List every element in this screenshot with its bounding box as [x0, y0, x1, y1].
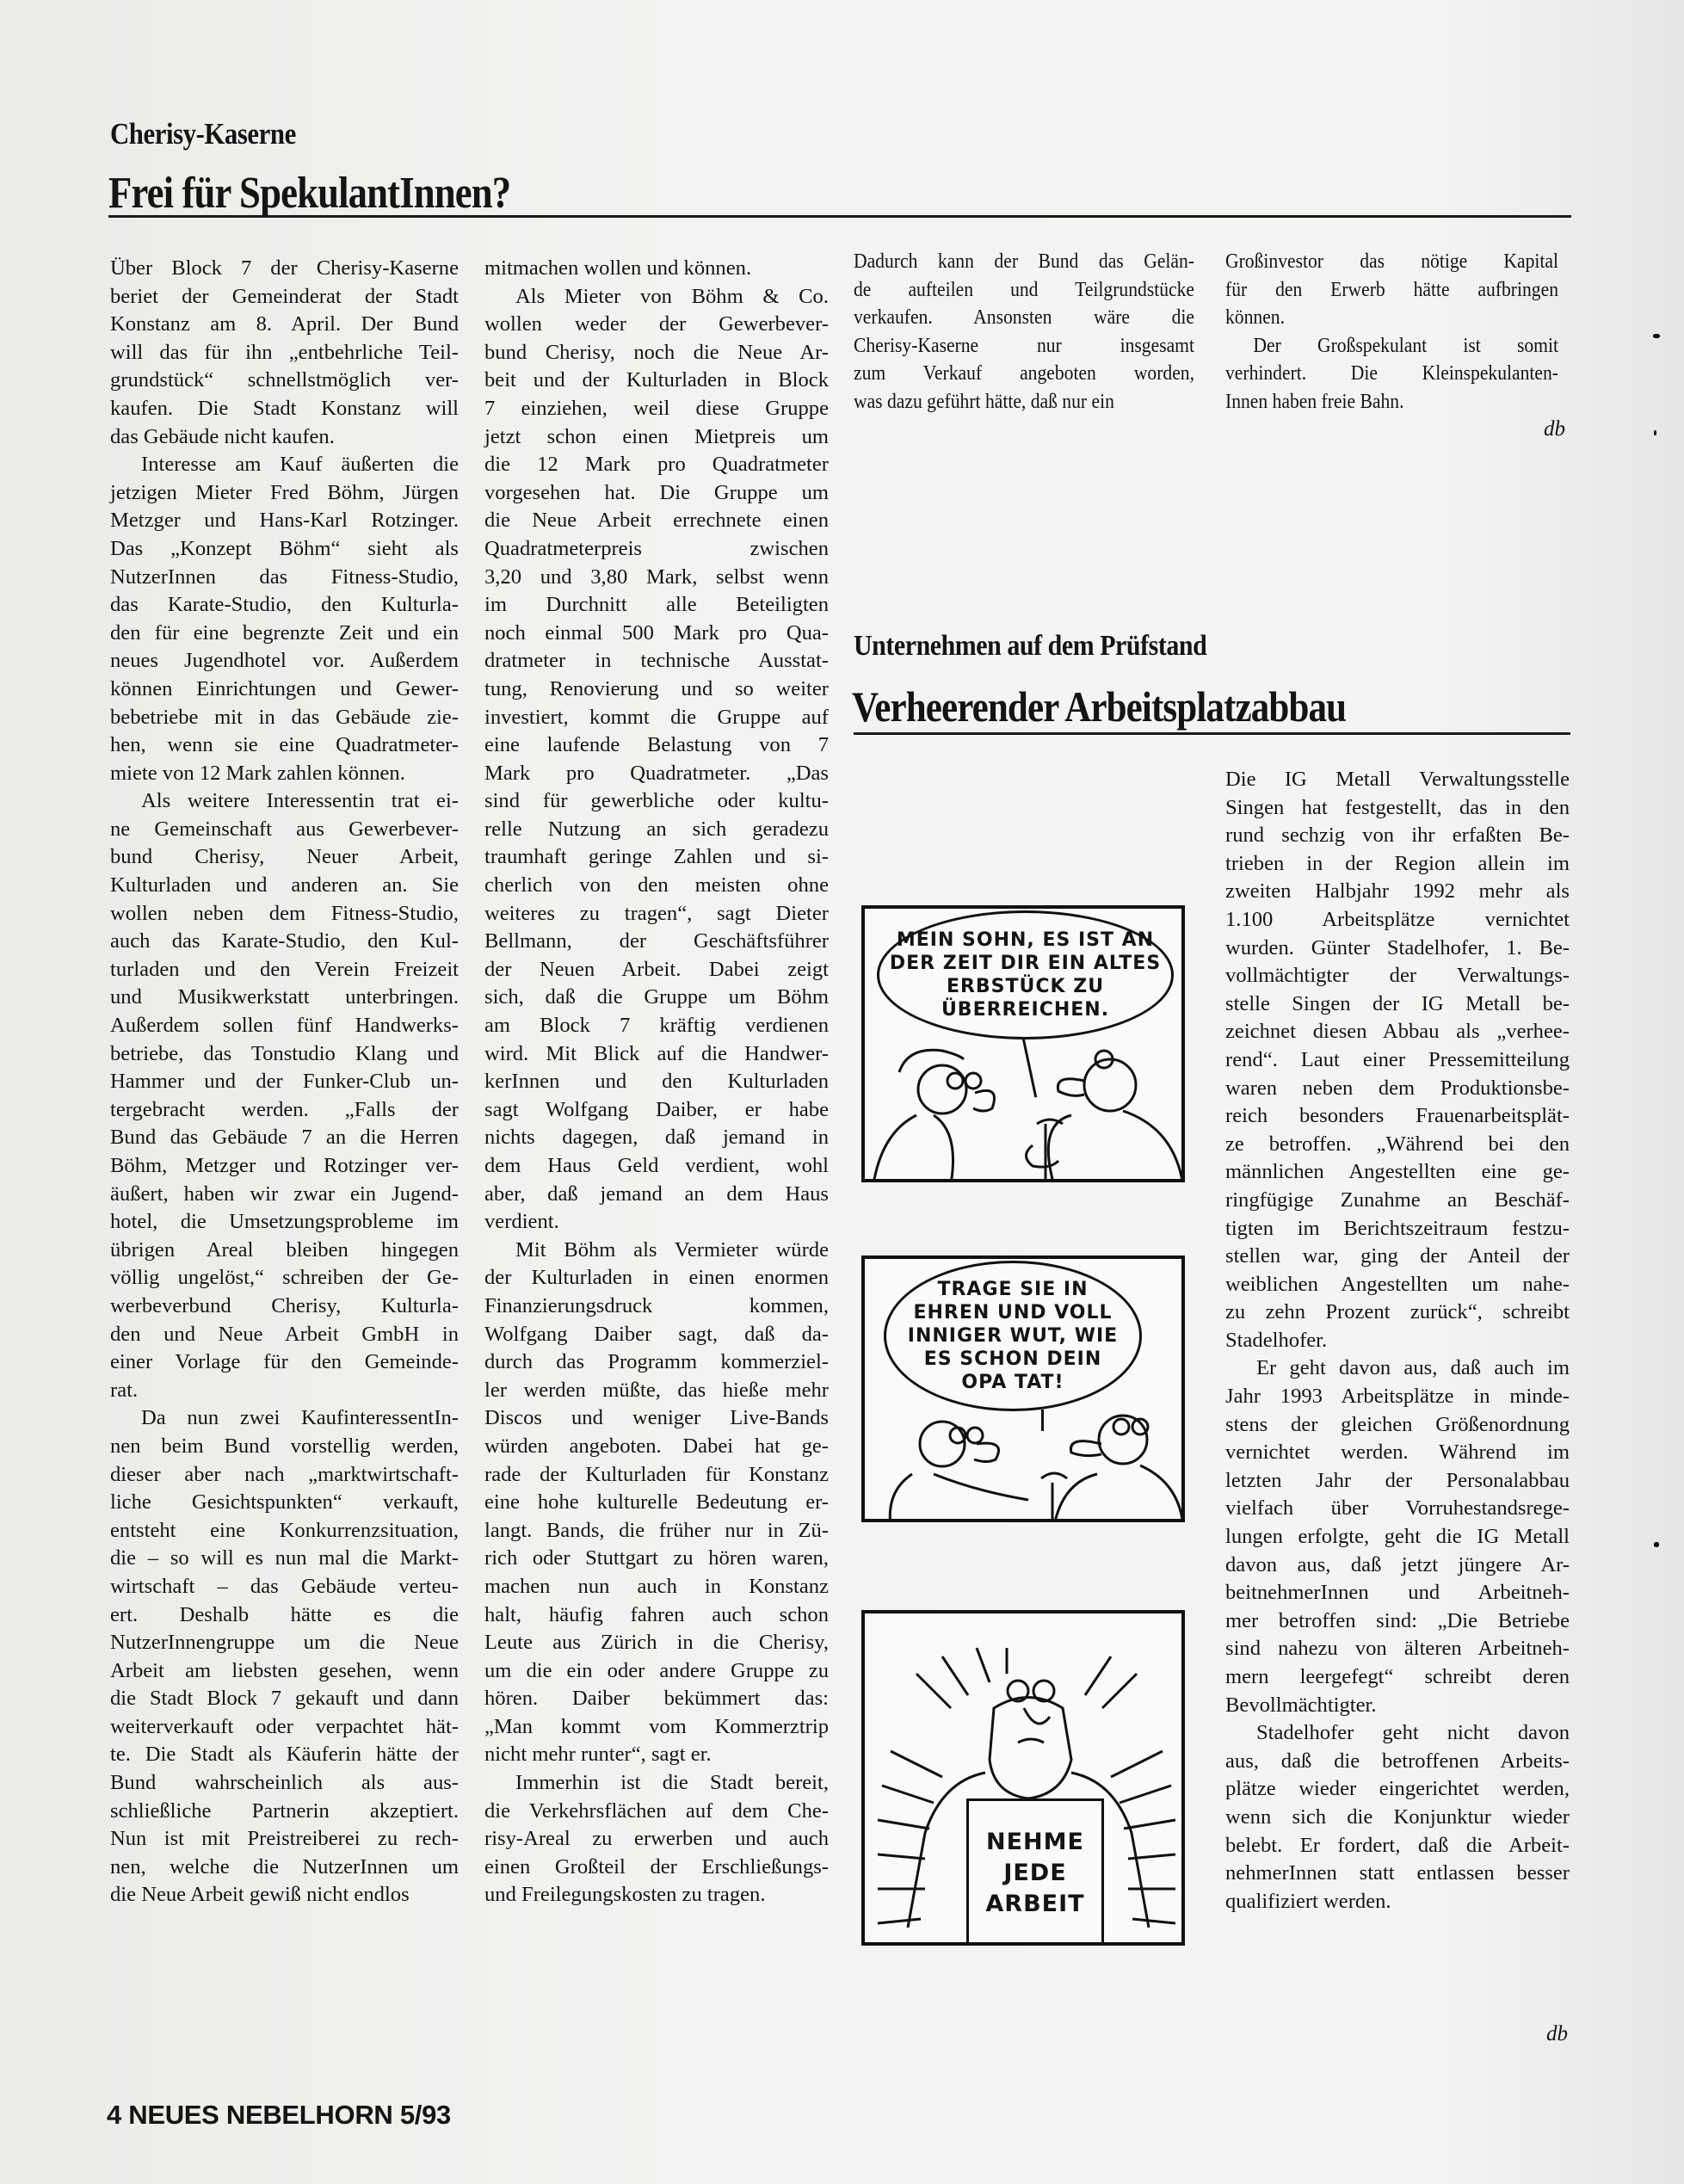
text-line: Als weitere Interessentin trat ei-: [110, 787, 459, 816]
article1-signature: db: [1544, 417, 1565, 441]
text-line: ler werden müßte, das hieße mehr: [484, 1377, 829, 1405]
text-line: der Neuen Arbeit. Dabei zeigt: [484, 956, 829, 984]
text-line: ringfügige Zunahme an Beschäf-: [1225, 1187, 1570, 1215]
text-line: werbeverbund Cherisy, Kulturla-: [110, 1293, 459, 1321]
text-line: beit und der Kulturladen in Block: [484, 367, 829, 395]
text-line: sind nahezu von älteren Arbeitneh-: [1225, 1635, 1570, 1663]
paragraph: Mit Böhm als Vermieter würdeder Kulturla…: [484, 1237, 829, 1769]
text-line: Jahr 1993 Arbeitsplätze in minde-: [1225, 1383, 1570, 1411]
text-line: NutzerInnen das Fitness-Studio,: [110, 564, 459, 592]
text-line: den und Neue Arbeit GmbH in: [110, 1321, 459, 1349]
text-line: männlichen Angestellten eine ge-: [1225, 1158, 1570, 1187]
text-line: Kulturladen und anderen an. Sie: [110, 872, 459, 900]
text-line: Innen haben freie Bahn.: [1225, 388, 1558, 416]
text-line: einer Vorlage für den Gemeinde-: [110, 1348, 459, 1377]
text-line: plätze wieder eingerichtet werden,: [1225, 1775, 1570, 1804]
text-line: hen, wenn sie eine Quadratmeter-: [110, 731, 459, 760]
text-line: einen Großteil der Erschließungs-: [484, 1854, 829, 1882]
text-line: wurden. Günter Stadelhofer, 1. Be-: [1225, 935, 1570, 963]
text-line: mer betroffen sind: „Die Betriebe: [1225, 1607, 1570, 1636]
article2-signature: db: [1546, 2022, 1568, 2046]
article2-kicker: Unternehmen auf dem Prüfstand: [854, 630, 1206, 663]
text-line: die – so will es nun mal die Markt-: [110, 1545, 459, 1573]
text-line: Bund das Gebäude 7 an die Herren: [110, 1124, 459, 1152]
text-line: vielfach über Vorruhestandsrege-: [1225, 1495, 1570, 1523]
paragraph: Der Großspekulant ist somitverhindert. D…: [1225, 332, 1558, 416]
text-line: Dadurch kann der Bund das Gelän-: [854, 248, 1194, 276]
text-line: Mit Böhm als Vermieter würde: [484, 1237, 829, 1265]
text-line: Discos und weniger Live-Bands: [484, 1404, 829, 1433]
text-line: noch einmal 500 Mark pro Qua-: [484, 620, 829, 648]
text-line: halt, häufig fahren auch schon: [484, 1601, 829, 1630]
text-line: liche Gesichtspunkten“ verkauft,: [110, 1489, 459, 1517]
text-line: Böhm, Metzger und Rotzinger ver-: [110, 1152, 459, 1181]
paragraph: Als weitere Interessentin trat ei-ne Gem…: [110, 787, 459, 1404]
article1-column-4: Großinvestor das nötige Kapitalfür den E…: [1225, 248, 1558, 416]
text-line: Stadelhofer.: [1225, 1327, 1570, 1355]
text-line: beriet der Gemeinderat der Stadt: [110, 283, 459, 312]
handover-drawing-icon: [865, 1259, 1185, 1522]
text-line: de aufteilen und Teilgrundstücke: [854, 276, 1194, 305]
text-line: zu zehn Prozent zurück“, schreibt: [1225, 1299, 1570, 1327]
article2-headline-rule: [854, 732, 1570, 735]
paragraph: Er geht davon aus, daß auch imJahr 1993 …: [1225, 1354, 1570, 1719]
text-line: wirtschaft – das Gebäude verteu-: [110, 1573, 459, 1601]
text-line: vernichtet werden. Während im: [1225, 1439, 1570, 1467]
text-line: te. Die Stadt als Käuferin hätte der: [110, 1741, 459, 1769]
text-line: jetzt schon einen Mietpreis um: [484, 423, 829, 452]
text-line: nichts dagegen, daß jemand in: [484, 1124, 829, 1152]
text-line: turladen und den Verein Freizeit: [110, 956, 459, 984]
paragraph: Immerhin ist die Stadt bereit,die Verkeh…: [484, 1769, 829, 1909]
text-line: ert. Deshalb hätte es die: [110, 1601, 459, 1630]
text-line: rade der Kulturladen für Konstanz: [484, 1461, 829, 1490]
text-line: wollen neben dem Fitness-Studio,: [110, 900, 459, 929]
text-line: nehmerInnen statt entlassen besser: [1225, 1860, 1570, 1888]
text-line: Außerdem sollen fünf Handwerks-: [110, 1012, 459, 1040]
text-line: nen, welche die NutzerInnen um: [110, 1854, 459, 1882]
paragraph: Über Block 7 der Cherisy-Kaserneberiet d…: [110, 255, 459, 451]
text-line: Nun ist mit Preistreiberei zu rech-: [110, 1825, 459, 1854]
text-line: cherlich von den meisten ohne: [484, 872, 829, 900]
paragraph: mitmachen wollen und können.: [484, 255, 829, 283]
text-line: hören. Daiber bekümmert das:: [484, 1685, 829, 1713]
text-line: verkaufen. Ansonsten wäre die: [854, 304, 1194, 332]
text-line: entsteht eine Konkurrenzsituation,: [110, 1517, 459, 1545]
text-line: grundstück“ schnellstmöglich ver-: [110, 367, 459, 395]
text-line: sagt Wolfgang Daiber, er habe: [484, 1096, 829, 1125]
text-line: risy-Areal zu erwerben und auch: [484, 1825, 829, 1854]
text-line: bund Cherisy, Neuer Arbeit,: [110, 843, 459, 872]
text-line: aber, daß jemand an dem Haus: [484, 1181, 829, 1209]
text-line: rat.: [110, 1377, 459, 1405]
text-line: lungen erfolgte, geht die IG Metall: [1225, 1523, 1570, 1552]
text-line: letzten Jahr der Personalabbau: [1225, 1467, 1570, 1496]
paragraph: Stadelhofer geht nicht davonaus, daß die…: [1225, 1719, 1570, 1916]
article1-column-2: mitmachen wollen und können.Als Mieter v…: [484, 255, 829, 1909]
text-line: vollmächtigter der Verwaltungs-: [1225, 962, 1570, 990]
cartoon-panel-2: TRAGE SIE IN EHREN UND VOLL INNIGER WUT,…: [861, 1255, 1185, 1522]
text-line: stellen war, ging der Anteil der: [1225, 1243, 1570, 1271]
text-line: Singen hat festgestellt, das in den: [1225, 794, 1570, 823]
text-line: die Neue Arbeit errechnete einen: [484, 507, 829, 535]
text-line: Finanzierungsdruck kommen,: [484, 1293, 829, 1321]
text-line: davon aus, daß jetzt jüngere Ar-: [1225, 1552, 1570, 1580]
text-line: Bevollmächtigter.: [1225, 1692, 1570, 1720]
text-line: nicht mehr runter“, sagt er.: [484, 1741, 829, 1769]
text-line: weiterverkauft oder verpachtet hät-: [110, 1713, 459, 1742]
paragraph: Dadurch kann der Bund das Gelän-de aufte…: [854, 248, 1194, 416]
text-line: zeichnet diesen Abbau als „verhee-: [1225, 1018, 1570, 1046]
text-line: NutzerInnengruppe um die Neue: [110, 1629, 459, 1657]
text-line: Arbeit am liebsten gesehen, wenn: [110, 1657, 459, 1686]
text-line: zum Verkauf angeboten worden,: [854, 360, 1194, 388]
article2-headline: Verheerender Arbeitsplatzabbau: [852, 682, 1346, 731]
text-line: neues Jugendhotel vor. Außerdem: [110, 647, 459, 676]
text-line: miete von 12 Mark zahlen können.: [110, 760, 459, 788]
text-line: auch das Karate-Studio, den Kul-: [110, 928, 459, 956]
text-line: durch das Programm kommerziel-: [484, 1348, 829, 1377]
text-line: will das für ihn „entbehrliche Teil-: [110, 339, 459, 367]
text-line: mern leergefegt“ schreibt deren: [1225, 1663, 1570, 1692]
text-line: Leute aus Zürich in die Cherisy,: [484, 1629, 829, 1657]
text-line: vorgesehen hat. Die Gruppe um: [484, 479, 829, 508]
text-line: der Kulturladen in einen enormen: [484, 1264, 829, 1293]
text-line: jetzigen Mieter Fred Böhm, Jürgen: [110, 479, 459, 508]
text-line: Da nun zwei KaufinteressentIn-: [110, 1404, 459, 1433]
text-line: trieben in der Region allein im: [1225, 850, 1570, 879]
text-line: bund Cherisy, noch die Neue Ar-: [484, 339, 829, 367]
text-line: äußert, haben wir zwar ein Jugend-: [110, 1181, 459, 1209]
text-line: Quadratmeterpreis zwischen: [484, 535, 829, 564]
text-line: Die IG Metall Verwaltungsstelle: [1225, 766, 1570, 794]
text-line: Konstanz am 8. April. Der Bund: [110, 311, 459, 339]
text-line: Stadelhofer geht nicht davon: [1225, 1719, 1570, 1748]
text-line: sich, daß die Gruppe um Böhm: [484, 984, 829, 1012]
job-sign: NEHME JEDE ARBEIT: [966, 1798, 1104, 1946]
text-line: mitmachen wollen und können.: [484, 255, 829, 283]
text-line: waren neben dem Produktionsbe-: [1225, 1075, 1570, 1103]
text-line: dieser aber nach „marktwirtschaft-: [110, 1461, 459, 1490]
text-line: eine laufende Belastung von 7: [484, 731, 829, 760]
text-line: langt. Bands, die früher nur in Zü-: [484, 1517, 829, 1545]
text-line: dem Haus Geld verdient, wohl: [484, 1152, 829, 1181]
text-line: die Stadt Block 7 gekauft und dann: [110, 1685, 459, 1713]
text-line: tergebracht werden. „Falls der: [110, 1096, 459, 1125]
article1-column-1: Über Block 7 der Cherisy-Kaserneberiet d…: [110, 255, 459, 1909]
paragraph: Großinvestor das nötige Kapitalfür den E…: [1225, 248, 1558, 332]
text-line: qualifiziert werden.: [1225, 1888, 1570, 1916]
text-line: traumhaft geringe Zahlen und si-: [484, 843, 829, 872]
text-line: machen nun auch in Konstanz: [484, 1573, 829, 1601]
article1-headline: Frei für SpekulantInnen?: [108, 168, 510, 219]
text-line: sind für gewerbliche oder kultu-: [484, 787, 829, 816]
paragraph: Die IG Metall VerwaltungsstelleSingen ha…: [1225, 766, 1570, 1354]
text-line: wird. Mit Blick auf die Handwer-: [484, 1040, 829, 1069]
text-line: Cherisy-Kaserne nur insgesamt: [854, 332, 1194, 361]
text-line: investiert, kommt die Gruppe auf: [484, 704, 829, 732]
text-line: Als Mieter von Böhm & Co.: [484, 283, 829, 312]
text-line: und Musikwerkstatt unterbringen.: [110, 984, 459, 1012]
text-line: eine hohe kulturelle Bedeutung er-: [484, 1489, 829, 1517]
text-line: schließliche Partnerin akzeptiert.: [110, 1798, 459, 1826]
scan-speck: [1654, 1542, 1659, 1547]
text-line: betriebe, das Tonstudio Klang und: [110, 1040, 459, 1069]
article2-body: Die IG Metall VerwaltungsstelleSingen ha…: [1225, 766, 1570, 1916]
text-line: stens der gleichen Größenordnung: [1225, 1411, 1570, 1440]
text-line: völlig ungelöst,“ schreiben der Ge-: [110, 1264, 459, 1293]
text-line: das Karate-Studio, den Kulturla-: [110, 591, 459, 620]
text-line: was dazu geführt hätte, daß nur ein: [854, 388, 1194, 416]
paragraph: Als Mieter von Böhm & Co.wollen weder de…: [484, 283, 829, 1237]
text-line: bebetriebe mit in das Gebäude zie-: [110, 704, 459, 732]
text-line: Über Block 7 der Cherisy-Kaserne: [110, 255, 459, 283]
text-line: wenn sich die Konjunktur wieder: [1225, 1804, 1570, 1832]
text-line: hotel, die Umsetzungsprobleme im: [110, 1208, 459, 1237]
scan-speck: [1653, 334, 1660, 338]
text-line: Hammer und der Funker-Club un-: [110, 1068, 459, 1096]
text-line: reich besonders Frauenarbeitsplät-: [1225, 1102, 1570, 1131]
text-line: die Neue Arbeit gewiß nicht endlos: [110, 1881, 459, 1909]
text-line: tung, Renovierung und so weiter: [484, 676, 829, 704]
text-line: den für eine begrenzte Zeit und ein: [110, 620, 459, 648]
article1-column-3: Dadurch kann der Bund das Gelän-de aufte…: [854, 248, 1194, 416]
two-men-drawing-icon: [865, 909, 1185, 1182]
text-line: die 12 Mark pro Quadratmeter: [484, 451, 829, 479]
newspaper-page: Cherisy-Kaserne Frei für SpekulantInnen?…: [0, 0, 1684, 2184]
text-line: stelle Singen der IG Metall be-: [1225, 990, 1570, 1019]
text-line: weiblichen Angestellten um nahe-: [1225, 1271, 1570, 1299]
text-line: 7 einziehen, weil diese Gruppe: [484, 395, 829, 423]
text-line: 3,20 und 3,80 Mark, selbst wenn: [484, 564, 829, 592]
text-line: ne Gemeinschaft aus Gewerbever-: [110, 816, 459, 844]
text-line: für den Erwerb hätte aufbringen: [1225, 276, 1558, 305]
text-line: relle Nutzung an sich geradezu: [484, 816, 829, 844]
text-line: am Block 7 kräftig verdienen: [484, 1012, 829, 1040]
text-line: Großinvestor das nötige Kapital: [1225, 248, 1558, 276]
text-line: können Einrichtungen und Gewer-: [110, 676, 459, 704]
paragraph: Da nun zwei KaufinteressentIn-nen beim B…: [110, 1404, 459, 1909]
text-line: die Verkehrsflächen auf dem Che-: [484, 1798, 829, 1826]
text-line: Bellmann, der Geschäftsführer: [484, 928, 829, 956]
text-line: übrigen Areal bleiben hingegen: [110, 1237, 459, 1265]
text-line: Er geht davon aus, daß auch im: [1225, 1354, 1570, 1383]
text-line: aus, daß die betroffenen Arbeits-: [1225, 1748, 1570, 1776]
text-line: beitnehmerInnen und Arbeitneh-: [1225, 1579, 1570, 1607]
cartoon-panel-3: NEHME JEDE ARBEIT: [861, 1610, 1185, 1946]
text-line: Immerhin ist die Stadt bereit,: [484, 1769, 829, 1798]
page-footer: 4 NEUES NEBELHORN 5/93: [107, 2100, 451, 2131]
text-line: rend“. Laut einer Pressemitteilung: [1225, 1046, 1570, 1075]
text-line: Interesse am Kauf äußerten die: [110, 451, 459, 479]
text-line: „Man kommt vom Kommerztrip: [484, 1713, 829, 1742]
text-line: weiteres zu tragen“, sagt Dieter: [484, 900, 829, 929]
text-line: im Durchnitt alle Beteiligten: [484, 591, 829, 620]
paragraph: Interesse am Kauf äußerten diejetzigen M…: [110, 451, 459, 787]
text-line: das Gebäude nicht kaufen.: [110, 423, 459, 452]
text-line: verdient.: [484, 1208, 829, 1237]
text-line: Metzger und Hans-Karl Rotzinger.: [110, 507, 459, 535]
text-line: würden angeboten. Dabei hat ge-: [484, 1433, 829, 1461]
text-line: Wolfgang Daiber sagt, daß da-: [484, 1321, 829, 1349]
text-line: rund sechzig von ihr erfaßten Be-: [1225, 822, 1570, 850]
text-line: um die ein oder andere Gruppe zu: [484, 1657, 829, 1686]
text-line: Das „Konzept Böhm“ sieht als: [110, 535, 459, 564]
text-line: ze betroffen. „Während bei den: [1225, 1131, 1570, 1159]
article1-headline-rule: [108, 215, 1571, 218]
cartoon-panel-1: MEIN SOHN, ES IST AN DER ZEIT DIR EIN AL…: [861, 905, 1185, 1182]
text-line: Mark pro Quadratmeter. „Das: [484, 760, 829, 788]
text-line: zweiten Halbjahr 1992 mehr als: [1225, 878, 1570, 906]
text-line: tigten im Berichtszeitraum festzu-: [1225, 1215, 1570, 1243]
text-line: kerInnen und den Kulturladen: [484, 1068, 829, 1096]
text-line: Der Großspekulant ist somit: [1225, 332, 1558, 361]
text-line: dratmeter in technische Ausstat-: [484, 647, 829, 676]
text-line: rich oder Stuttgart zu hören waren,: [484, 1545, 829, 1573]
scan-speck: [1654, 430, 1656, 435]
text-line: nen beim Bund vorstellig werden,: [110, 1433, 459, 1461]
text-line: Bund wahrscheinlich als aus-: [110, 1769, 459, 1798]
text-line: und Freilegungskosten zu tragen.: [484, 1881, 829, 1909]
text-line: verhindert. Die Kleinspekulanten-: [1225, 360, 1558, 388]
text-line: 1.100 Arbeitsplätze vernichtet: [1225, 906, 1570, 935]
article1-kicker: Cherisy-Kaserne: [110, 117, 296, 151]
text-line: kaufen. Die Stadt Konstanz will: [110, 395, 459, 423]
text-line: belebt. Er fordert, daß die Arbeit-: [1225, 1832, 1570, 1860]
text-line: wollen weder der Gewerbever-: [484, 311, 829, 339]
text-line: können.: [1225, 304, 1558, 332]
